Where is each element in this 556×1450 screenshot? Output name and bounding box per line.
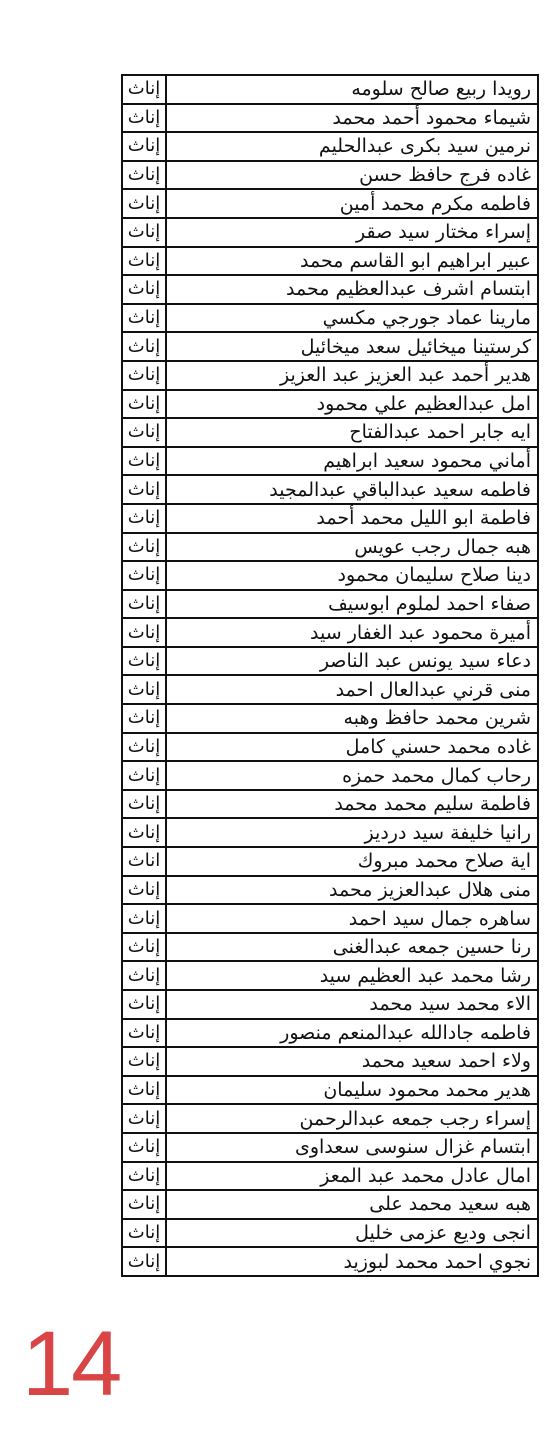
name-cell: دينا صلاح سليمان محمود — [166, 561, 538, 590]
name-cell: فاطمه مكرم محمد أمين — [166, 189, 538, 218]
gender-cell: إناث — [122, 504, 166, 533]
table-row: رنا حسين جمعه عبدالغنىإناث — [122, 933, 538, 962]
gender-cell: إناث — [122, 361, 166, 390]
gender-cell: إناث — [122, 1247, 166, 1276]
name-cell: انجى وديع عزمى خليل — [166, 1219, 538, 1248]
name-cell: فاطمة ابو الليل محمد أحمد — [166, 504, 538, 533]
table-row: منى قرني عبدالعال احمدإناث — [122, 675, 538, 704]
name-cell: أميرة محمود عبد الغفار سيد — [166, 618, 538, 647]
table-row: رشا محمد عبد العظيم سيدإناث — [122, 961, 538, 990]
name-cell: رشا محمد عبد العظيم سيد — [166, 961, 538, 990]
table-row: أماني محمود سعيد ابراهيمإناث — [122, 447, 538, 476]
name-cell: ساهره جمال سيد احمد — [166, 904, 538, 933]
gender-cell: إناث — [122, 1190, 166, 1219]
name-cell: صفاء احمد لملوم ابوسيف — [166, 590, 538, 619]
gender-cell: إناث — [122, 761, 166, 790]
names-table: رويدا ربيع صالح سلومهإناثشيماء محمود أحم… — [121, 74, 539, 1277]
table-row: إسراء مختار سيد صقرإناث — [122, 218, 538, 247]
gender-cell: إناث — [122, 75, 166, 104]
name-cell: امال عادل محمد عبد المعز — [166, 1162, 538, 1191]
table-row: اية صلاح محمد مبروكاناث — [122, 847, 538, 876]
name-cell: نرمين سيد بكرى عبدالحليم — [166, 132, 538, 161]
table-row: فاطمة سليم محمد محمدإناث — [122, 790, 538, 819]
table-row: الاء محمد سيد محمدإناث — [122, 990, 538, 1019]
gender-cell: إناث — [122, 161, 166, 190]
table-row: رويدا ربيع صالح سلومهإناث — [122, 75, 538, 104]
name-cell: فاطمه جادالله عبدالمنعم منصور — [166, 1019, 538, 1048]
gender-cell: إناث — [122, 733, 166, 762]
name-cell: كرستينا ميخائيل سعد ميخائيل — [166, 332, 538, 361]
gender-cell: إناث — [122, 590, 166, 619]
gender-cell: إناث — [122, 933, 166, 962]
gender-cell: إناث — [122, 189, 166, 218]
name-cell: ابتسام غزال سنوسى سعداوى — [166, 1133, 538, 1162]
gender-cell: إناث — [122, 904, 166, 933]
name-cell: إسراء رجب جمعه عبدالرحمن — [166, 1104, 538, 1133]
table-row: امل عبدالعظيم علي محمودإناث — [122, 390, 538, 419]
name-cell: إسراء مختار سيد صقر — [166, 218, 538, 247]
gender-cell: إناث — [122, 332, 166, 361]
table-row: هدير محمد محمود سليمانإناث — [122, 1076, 538, 1105]
name-cell: دعاء سيد يونس عبد الناصر — [166, 647, 538, 676]
gender-cell: إناث — [122, 1019, 166, 1048]
name-cell: الاء محمد سيد محمد — [166, 990, 538, 1019]
gender-cell: إناث — [122, 1047, 166, 1076]
gender-cell: إناث — [122, 961, 166, 990]
gender-cell: إناث — [122, 1104, 166, 1133]
table-row: ايه جابر احمد عبدالفتاحإناث — [122, 418, 538, 447]
name-cell: أماني محمود سعيد ابراهيم — [166, 447, 538, 476]
table-row: غاده فرج حافظ حسنإناث — [122, 161, 538, 190]
gender-cell: إناث — [122, 704, 166, 733]
gender-cell: إناث — [122, 618, 166, 647]
page-number: 14 — [22, 1318, 120, 1410]
name-cell: هبه جمال رجب عويس — [166, 533, 538, 562]
table-row: فاطمه جادالله عبدالمنعم منصورإناث — [122, 1019, 538, 1048]
gender-cell: اناث — [122, 847, 166, 876]
table-row: عبير ابراهيم ابو القاسم محمدإناث — [122, 247, 538, 276]
gender-cell: إناث — [122, 533, 166, 562]
name-cell: ولاء احمد سعيد محمد — [166, 1047, 538, 1076]
gender-cell: إناث — [122, 475, 166, 504]
name-cell: عبير ابراهيم ابو القاسم محمد — [166, 247, 538, 276]
gender-cell: إناث — [122, 1076, 166, 1105]
gender-cell: إناث — [122, 990, 166, 1019]
gender-cell: إناث — [122, 247, 166, 276]
table-row: أميرة محمود عبد الغفار سيدإناث — [122, 618, 538, 647]
names-table-body: رويدا ربيع صالح سلومهإناثشيماء محمود أحم… — [122, 75, 538, 1276]
gender-cell: إناث — [122, 275, 166, 304]
name-cell: منى هلال عبدالعزيز محمد — [166, 876, 538, 905]
name-cell: هدير محمد محمود سليمان — [166, 1076, 538, 1105]
gender-cell: إناث — [122, 132, 166, 161]
table-row: نجوي احمد محمد لبوزيدإناث — [122, 1247, 538, 1276]
name-cell: رنا حسين جمعه عبدالغنى — [166, 933, 538, 962]
table-row: مارينا عماد جورجي مكسيإناث — [122, 304, 538, 333]
gender-cell: إناث — [122, 675, 166, 704]
table-row: هبه جمال رجب عويسإناث — [122, 533, 538, 562]
name-cell: شرين محمد حافظ وهبه — [166, 704, 538, 733]
table-row: ساهره جمال سيد احمدإناث — [122, 904, 538, 933]
table-row: فاطمة ابو الليل محمد أحمدإناث — [122, 504, 538, 533]
name-cell: غاده محمد حسني كامل — [166, 733, 538, 762]
name-cell: فاطمه سعيد عبدالباقي عبدالمجيد — [166, 475, 538, 504]
table-row: انجى وديع عزمى خليلإناث — [122, 1219, 538, 1248]
table-row: هبه سعيد محمد علىإناث — [122, 1190, 538, 1219]
gender-cell: إناث — [122, 876, 166, 905]
name-cell: ابتسام اشرف عبدالعظيم محمد — [166, 275, 538, 304]
table-row: إسراء رجب جمعه عبدالرحمنإناث — [122, 1104, 538, 1133]
name-cell: شيماء محمود أحمد محمد — [166, 104, 538, 133]
table-row: كرستينا ميخائيل سعد ميخائيلإناث — [122, 332, 538, 361]
gender-cell: إناث — [122, 390, 166, 419]
table-row: ولاء احمد سعيد محمدإناث — [122, 1047, 538, 1076]
name-cell: رحاب كمال محمد حمزه — [166, 761, 538, 790]
gender-cell: إناث — [122, 1133, 166, 1162]
table-row: نرمين سيد بكرى عبدالحليمإناث — [122, 132, 538, 161]
name-cell: نجوي احمد محمد لبوزيد — [166, 1247, 538, 1276]
name-cell: هدير أحمد عبد العزيز عبد العزيز — [166, 361, 538, 390]
gender-cell: إناث — [122, 418, 166, 447]
table-row: شيماء محمود أحمد محمدإناث — [122, 104, 538, 133]
table-row: فاطمه مكرم محمد أمينإناث — [122, 189, 538, 218]
name-cell: امل عبدالعظيم علي محمود — [166, 390, 538, 419]
table-row: ابتسام اشرف عبدالعظيم محمدإناث — [122, 275, 538, 304]
gender-cell: إناث — [122, 561, 166, 590]
gender-cell: إناث — [122, 1219, 166, 1248]
gender-cell: إناث — [122, 647, 166, 676]
table-row: رانيا خليفة سيد درديزإناث — [122, 818, 538, 847]
name-cell: رويدا ربيع صالح سلومه — [166, 75, 538, 104]
gender-cell: إناث — [122, 218, 166, 247]
table-row: منى هلال عبدالعزيز محمدإناث — [122, 876, 538, 905]
name-cell: رانيا خليفة سيد درديز — [166, 818, 538, 847]
name-cell: فاطمة سليم محمد محمد — [166, 790, 538, 819]
table-row: ابتسام غزال سنوسى سعداوىإناث — [122, 1133, 538, 1162]
table-row: غاده محمد حسني كاملإناث — [122, 733, 538, 762]
table-row: شرين محمد حافظ وهبهإناث — [122, 704, 538, 733]
name-cell: هبه سعيد محمد على — [166, 1190, 538, 1219]
name-cell: غاده فرج حافظ حسن — [166, 161, 538, 190]
gender-cell: إناث — [122, 818, 166, 847]
gender-cell: إناث — [122, 790, 166, 819]
name-cell: منى قرني عبدالعال احمد — [166, 675, 538, 704]
table-row: رحاب كمال محمد حمزهإناث — [122, 761, 538, 790]
table-row: امال عادل محمد عبد المعزإناث — [122, 1162, 538, 1191]
name-cell: ايه جابر احمد عبدالفتاح — [166, 418, 538, 447]
table-row: دعاء سيد يونس عبد الناصرإناث — [122, 647, 538, 676]
table-row: دينا صلاح سليمان محمودإناث — [122, 561, 538, 590]
name-cell: مارينا عماد جورجي مكسي — [166, 304, 538, 333]
gender-cell: إناث — [122, 304, 166, 333]
gender-cell: إناث — [122, 104, 166, 133]
table-row: فاطمه سعيد عبدالباقي عبدالمجيدإناث — [122, 475, 538, 504]
gender-cell: إناث — [122, 1162, 166, 1191]
table-row: هدير أحمد عبد العزيز عبد العزيزإناث — [122, 361, 538, 390]
name-cell: اية صلاح محمد مبروك — [166, 847, 538, 876]
gender-cell: إناث — [122, 447, 166, 476]
table-row: صفاء احمد لملوم ابوسيفإناث — [122, 590, 538, 619]
